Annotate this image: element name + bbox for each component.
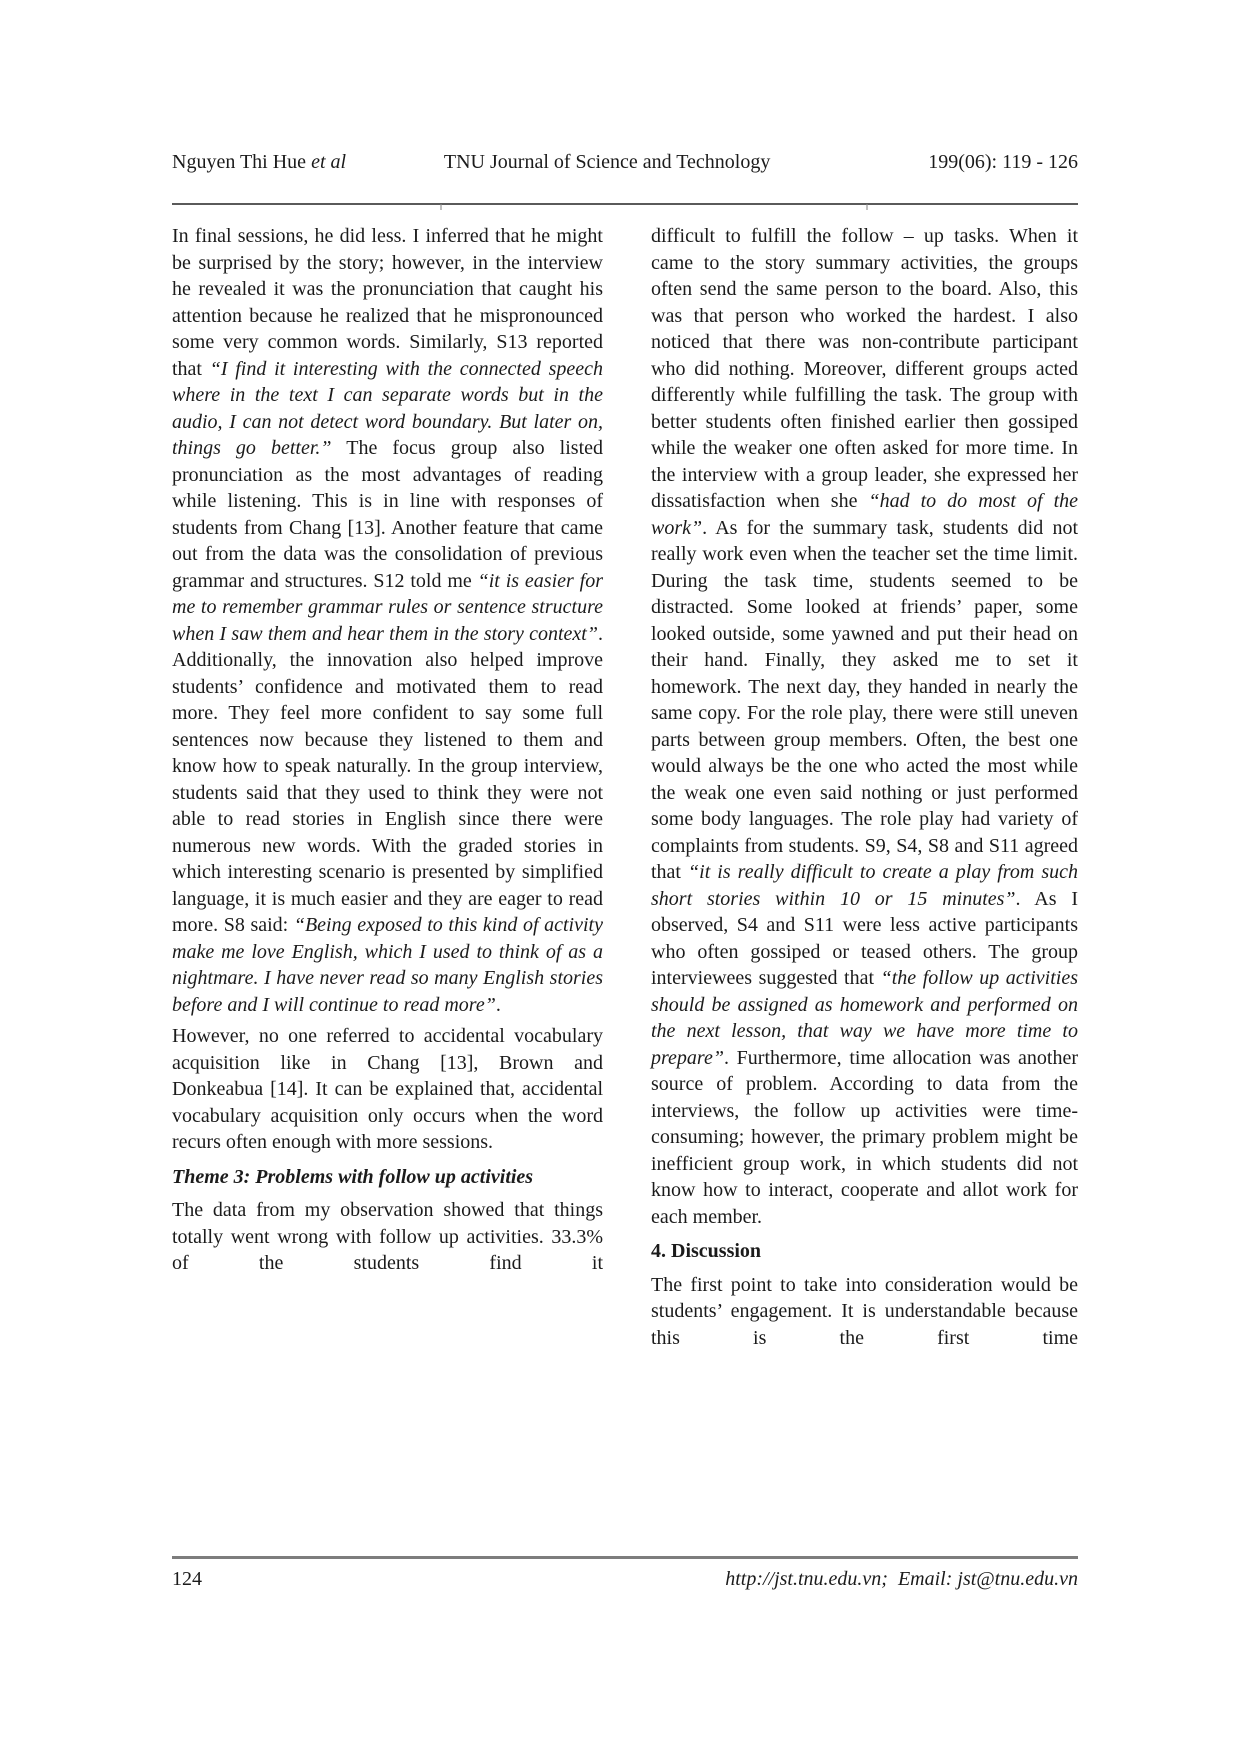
- heading-theme-3: Theme 3: Problems with follow up activit…: [172, 1164, 603, 1191]
- journal-page: Nguyen Thi Hue et al TNU Journal of Scie…: [0, 0, 1240, 1754]
- paragraph-follow-up-problems: difficult to fulfill the follow – up tas…: [651, 223, 1078, 1230]
- heading-4-discussion: 4. Discussion: [651, 1238, 1078, 1265]
- text-run-roman: . Furthermore, time allocation was anoth…: [651, 1047, 1078, 1228]
- journal-url-email: http://jst.tnu.edu.vn; Email: jst@tnu.ed…: [725, 1566, 1078, 1592]
- text-run-italic: “it is really difficult to create a play…: [651, 861, 1078, 910]
- text-run-roman: In final sessions, he did less. I inferr…: [172, 225, 603, 380]
- page-footer: 124 http://jst.tnu.edu.vn; Email: jst@tn…: [172, 1566, 1078, 1592]
- text-run-roman: 4. Discussion: [651, 1240, 761, 1262]
- text-run-roman: . As for the summary task, students did …: [651, 517, 1078, 884]
- running-header: Nguyen Thi Hue et al TNU Journal of Scie…: [172, 150, 1078, 174]
- paragraph-observation-data: The data from my observation showed that…: [172, 1197, 603, 1277]
- header-author-etal: et al: [311, 151, 346, 173]
- text-run-roman: . Additionally, the innovation also help…: [172, 623, 603, 937]
- text-run-roman: The focus group also listed pronunciatio…: [172, 437, 603, 592]
- text-run-roman: However, no one referred to accidental v…: [172, 1025, 603, 1153]
- paragraph-accidental-vocabulary: However, no one referred to accidental v…: [172, 1023, 603, 1156]
- header-rule: [172, 203, 1078, 205]
- article-body: In final sessions, he did less. I inferr…: [172, 223, 1078, 1549]
- text-run-roman: The data from my observation showed that…: [172, 1199, 603, 1274]
- header-author: Nguyen Thi Hue et al: [172, 150, 346, 174]
- text-run-italic: Theme 3: Problems with follow up activit…: [172, 1166, 533, 1188]
- text-run-roman: difficult to fulfill the follow – up tas…: [651, 225, 1078, 512]
- header-rule-tick: [440, 204, 442, 210]
- footer-rule: [172, 1556, 1078, 1559]
- header-author-name: Nguyen Thi Hue: [172, 151, 311, 173]
- header-rule-tick: [866, 204, 868, 210]
- header-journal-title: TNU Journal of Science and Technology: [444, 150, 770, 174]
- paragraph-findings-pronunciation: In final sessions, he did less. I inferr…: [172, 223, 603, 1018]
- header-issue-pages: 199(06): 119 - 126: [928, 150, 1078, 174]
- page-number: 124: [172, 1566, 202, 1592]
- text-run-roman: .: [496, 994, 501, 1016]
- column-right: difficult to fulfill the follow – up tas…: [651, 223, 1078, 1549]
- text-run-roman: The first point to take into considerati…: [651, 1274, 1078, 1349]
- paragraph-discussion-intro: The first point to take into considerati…: [651, 1272, 1078, 1352]
- column-left: In final sessions, he did less. I inferr…: [172, 223, 603, 1549]
